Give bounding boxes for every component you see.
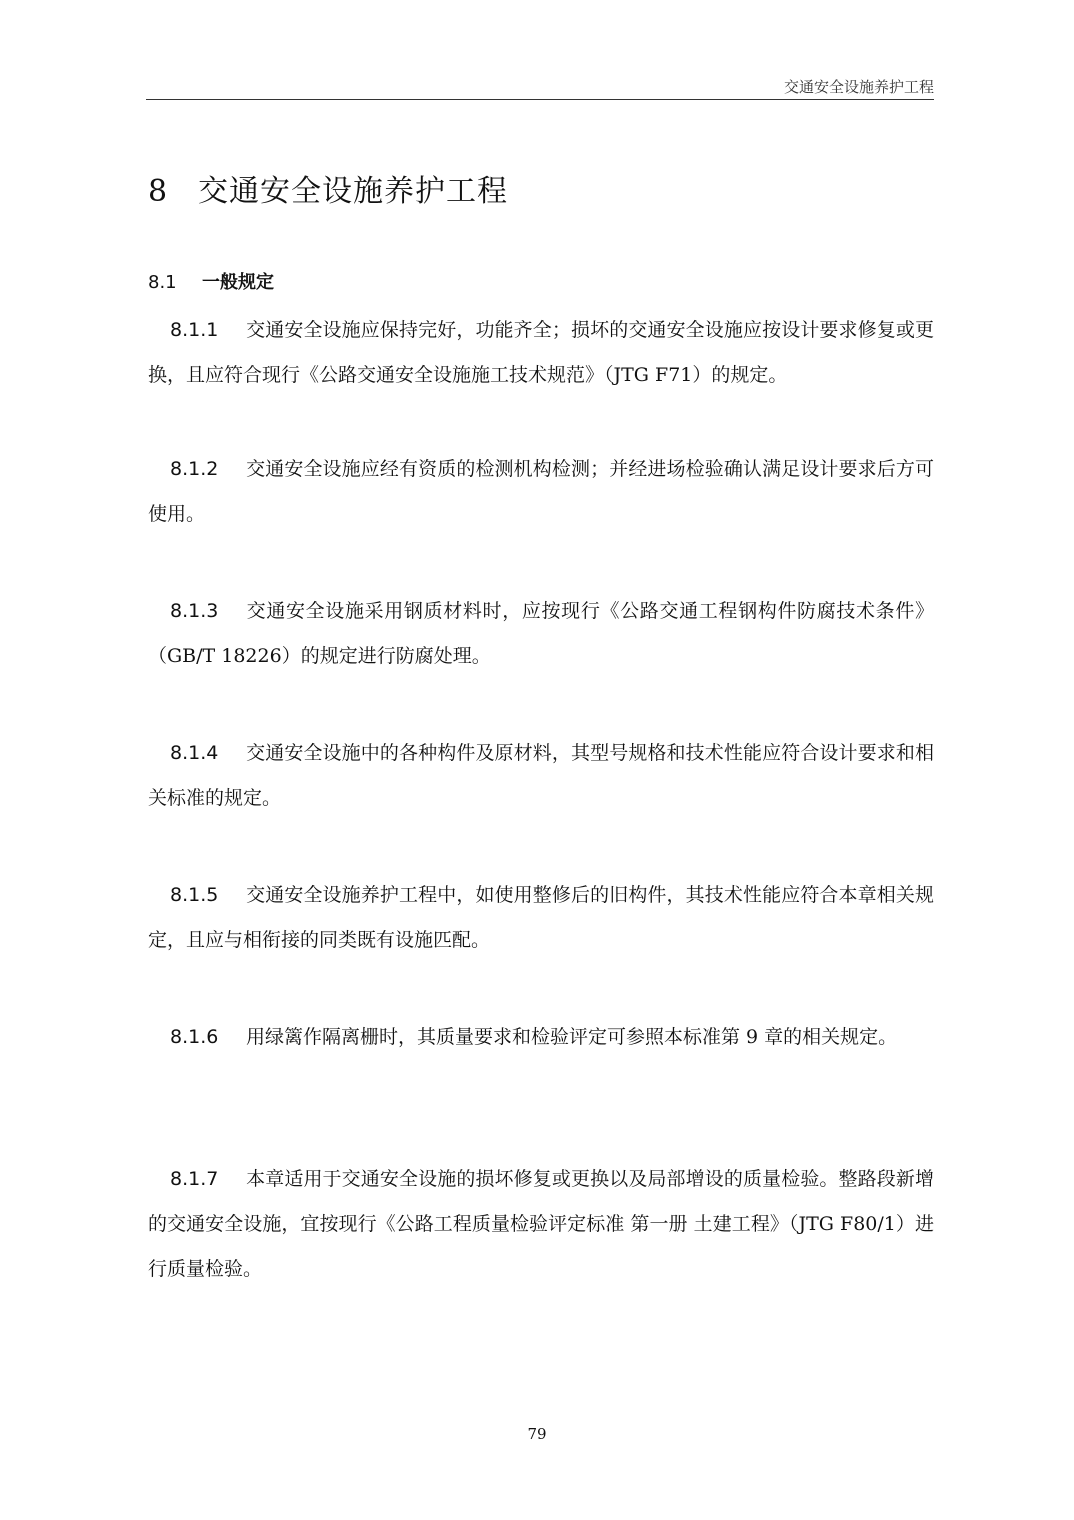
clause-text: 交通安全设施应经有资质的检测机构检测；并经进场检验确认满足设计要求后方可使用。 bbox=[148, 458, 934, 525]
clause-number: 8.1.2 bbox=[148, 447, 246, 492]
clause-text: 交通安全设施中的各种构件及原材料，其型号规格和技术性能应符合设计要求和相关标准的… bbox=[148, 742, 934, 809]
section-title-text: 一般规定 bbox=[202, 272, 274, 293]
clause-number: 8.1.3 bbox=[148, 589, 246, 634]
clause-text: 交通安全设施应保持完好，功能齐全；损坏的交通安全设施应按设计要求修复或更换，且应… bbox=[148, 319, 934, 386]
clause-8-1-7: 8.1.7本章适用于交通安全设施的损坏修复或更换以及局部增设的质量检验。整路段新… bbox=[148, 1157, 934, 1292]
page-number: 79 bbox=[0, 1425, 1074, 1443]
clause-text: 交通安全设施养护工程中，如使用整修后的旧构件，其技术性能应符合本章相关规定，且应… bbox=[148, 884, 934, 951]
clause-8-1-3: 8.1.3交通安全设施采用钢质材料时，应按现行《公路交通工程钢构件防腐技术条件》… bbox=[148, 589, 934, 679]
clause-text: 交通安全设施采用钢质材料时，应按现行《公路交通工程钢构件防腐技术条件》（GB/T… bbox=[148, 600, 934, 667]
header-rule bbox=[146, 99, 934, 100]
clause-text: 本章适用于交通安全设施的损坏修复或更换以及局部增设的质量检验。整路段新增的交通安… bbox=[148, 1168, 934, 1280]
running-header: 交通安全设施养护工程 bbox=[146, 76, 934, 97]
chapter-title: 8交通安全设施养护工程 bbox=[148, 166, 508, 210]
section-title: 8.1一般规定 bbox=[148, 268, 274, 294]
chapter-title-text: 交通安全设施养护工程 bbox=[198, 174, 508, 209]
clause-number: 8.1.1 bbox=[148, 308, 246, 353]
section-number: 8.1 bbox=[148, 272, 202, 293]
clause-8-1-1: 8.1.1交通安全设施应保持完好，功能齐全；损坏的交通安全设施应按设计要求修复或… bbox=[148, 308, 934, 398]
clause-number: 8.1.6 bbox=[148, 1015, 246, 1060]
clause-number: 8.1.5 bbox=[148, 873, 246, 918]
clause-number: 8.1.4 bbox=[148, 731, 246, 776]
clause-8-1-6: 8.1.6用绿篱作隔离栅时，其质量要求和检验评定可参照本标准第 9 章的相关规定… bbox=[148, 1015, 934, 1060]
clause-8-1-2: 8.1.2交通安全设施应经有资质的检测机构检测；并经进场检验确认满足设计要求后方… bbox=[148, 447, 934, 537]
clause-8-1-4: 8.1.4交通安全设施中的各种构件及原材料，其型号规格和技术性能应符合设计要求和… bbox=[148, 731, 934, 821]
clause-text: 用绿篱作隔离栅时，其质量要求和检验评定可参照本标准第 9 章的相关规定。 bbox=[246, 1026, 897, 1048]
chapter-number: 8 bbox=[148, 174, 198, 209]
clause-8-1-5: 8.1.5交通安全设施养护工程中，如使用整修后的旧构件，其技术性能应符合本章相关… bbox=[148, 873, 934, 963]
clause-number: 8.1.7 bbox=[148, 1157, 246, 1202]
